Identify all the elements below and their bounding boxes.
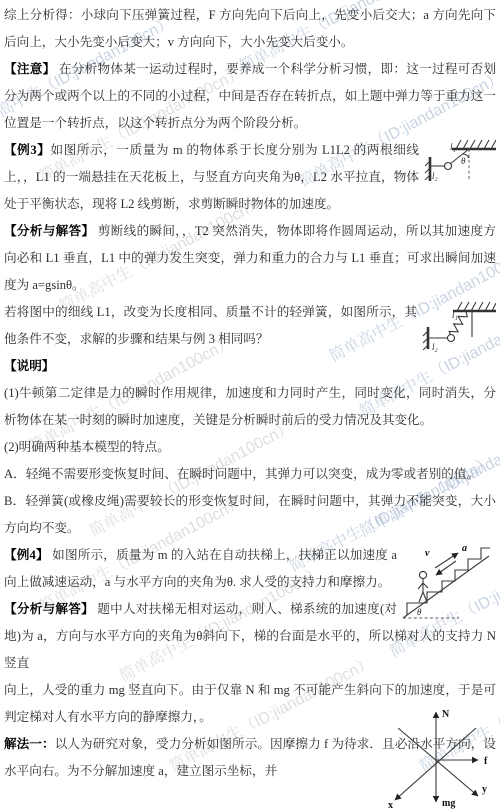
solution1-label: 解法一： (4, 737, 55, 751)
remark1-text: (1)牛顿第二定律是力的瞬时作用规律，加速度和力同时产生，同时变化，同时消失，分… (4, 386, 496, 427)
analysis4-label: 【分析与解答】 (4, 602, 94, 616)
paragraph-example3: l₁ θ l₂ 【例3】如图所示，一质量为 m 的物体系于长度分别为 L1L2 … (4, 137, 496, 218)
paragraph-remarkA: A．轻绳不需要形变恢复时间、在瞬时问题中，其弹力可以突变，成为零或者别的值。 (4, 461, 496, 488)
example4-text: 如图所示，质量为 m 的入站在自动扶梯上，扶梯正以加速度 a 向上做减速运动，a… (4, 548, 397, 589)
summary-text: 综上分析得：小球向下压弹簧过程，F 方向先向下后向上，先变小后交大；a 方向先向… (4, 8, 496, 49)
label-a: a (462, 543, 467, 554)
physics-notes-page: 综上分析得：小球向下压弹簧过程，F 方向先向下后向上，先变小后交大；a 方向先向… (0, 0, 500, 785)
label-l2: l₂ (432, 171, 438, 181)
label-v: v (425, 548, 430, 559)
label-f: f (484, 756, 488, 767)
remark-head-label: 【说明】 (4, 359, 54, 373)
spring-variant-text: 若将图中的细线 L1，改变为长度相同、质量不计的轻弹簧，如图所示，其他条件不变，… (4, 305, 417, 346)
arrow-up-slope (435, 553, 458, 568)
arrow-down-slope (436, 561, 456, 575)
spring-pendulum-figure: l₁ l₂ (421, 299, 496, 371)
label-l1: l₁ (450, 142, 456, 152)
remarkB-text: B．轻弹簧(或橡皮绳)需要较长的形变恢复时间，在瞬时问题中，其弹力不能突变，大小… (4, 494, 496, 535)
escalator-figure: v a θ (401, 542, 496, 622)
incline-line (403, 556, 489, 618)
spring-pendulum-svg: l₁ l₂ (421, 299, 496, 371)
note-text: 在分析物体某一运动过程时，要养成一个科学分析习惯，即：这一过程可否划分为两个或两… (4, 62, 496, 130)
string-pendulum-svg: l₁ θ l₂ (423, 137, 496, 215)
paragraph-spring-variant: l₁ l₂ 若将图中的细线 L1，改变为长度相同、质量不计的轻弹簧，如图所示，其… (4, 299, 496, 353)
paragraph-summary: 综上分析得：小球向下压弹簧过程，F 方向先向下后向上，先变小后交大；a 方向先向… (4, 2, 496, 56)
escalator-svg: v a θ (401, 542, 496, 622)
paragraph-remarkB: B．轻弹簧(或橡皮绳)需要较长的形变恢复时间，在瞬时问题中，其弹力不能突变，大小… (4, 488, 496, 542)
example3-label: 【例3】 (4, 143, 50, 157)
label-theta: θ (417, 607, 422, 617)
force-diagram-figure: N f mg x y (378, 698, 498, 810)
paragraph-note: 【注意】 在分析物体某一运动过程时，要养成一个科学分析习惯，即：这一过程可否划分… (4, 56, 496, 137)
paragraph-remark1: (1)牛顿第二定律是力的瞬时作用规律，加速度和力同时产生，同时变化，同时消失，分… (4, 380, 496, 434)
paragraph-remark2: (2)明确两种基本模型的特点。 (4, 434, 496, 461)
paragraph-analysis3: 【分析与解答】 剪断线的瞬间，，T2 突然消失，物体即将作圆周运动，所以其加速度… (4, 218, 496, 299)
example4-label: 【例4】 (4, 548, 49, 562)
note-label: 【注意】 (4, 62, 55, 76)
ball (448, 335, 455, 342)
label-y: y (482, 784, 487, 795)
remark2-text: (2)明确两种基本模型的特点。 (4, 440, 170, 454)
label-mg: mg (442, 798, 455, 809)
label-theta: θ (461, 156, 466, 166)
paragraph-example4: v a θ 【例4】 如图所示，质量为 m 的入站在自动扶梯上，扶梯正以加速度 … (4, 542, 496, 596)
ceiling-hatch (456, 140, 496, 149)
ball (445, 163, 452, 170)
label-x: x (388, 800, 393, 810)
analysis3-label: 【分析与解答】 (4, 224, 94, 238)
ceiling-hatch (457, 302, 496, 311)
steps (407, 548, 490, 615)
label-l1: l₁ (452, 310, 458, 320)
label-l2: l₂ (432, 342, 438, 352)
label-N: N (442, 709, 450, 720)
example3-text: 如图所示，一质量为 m 的物体系于长度分别为 L1L2 的两根细线上，，L1 的… (4, 143, 419, 211)
force-diagram-svg: N f mg x y (378, 698, 498, 810)
remarkA-text: A．轻绳不需要形变恢复时间、在瞬时问题中，其弹力可以突变，成为零或者别的值。 (4, 467, 479, 481)
string-pendulum-figure: l₁ θ l₂ (423, 137, 496, 215)
y-axis-arrow (398, 728, 478, 796)
